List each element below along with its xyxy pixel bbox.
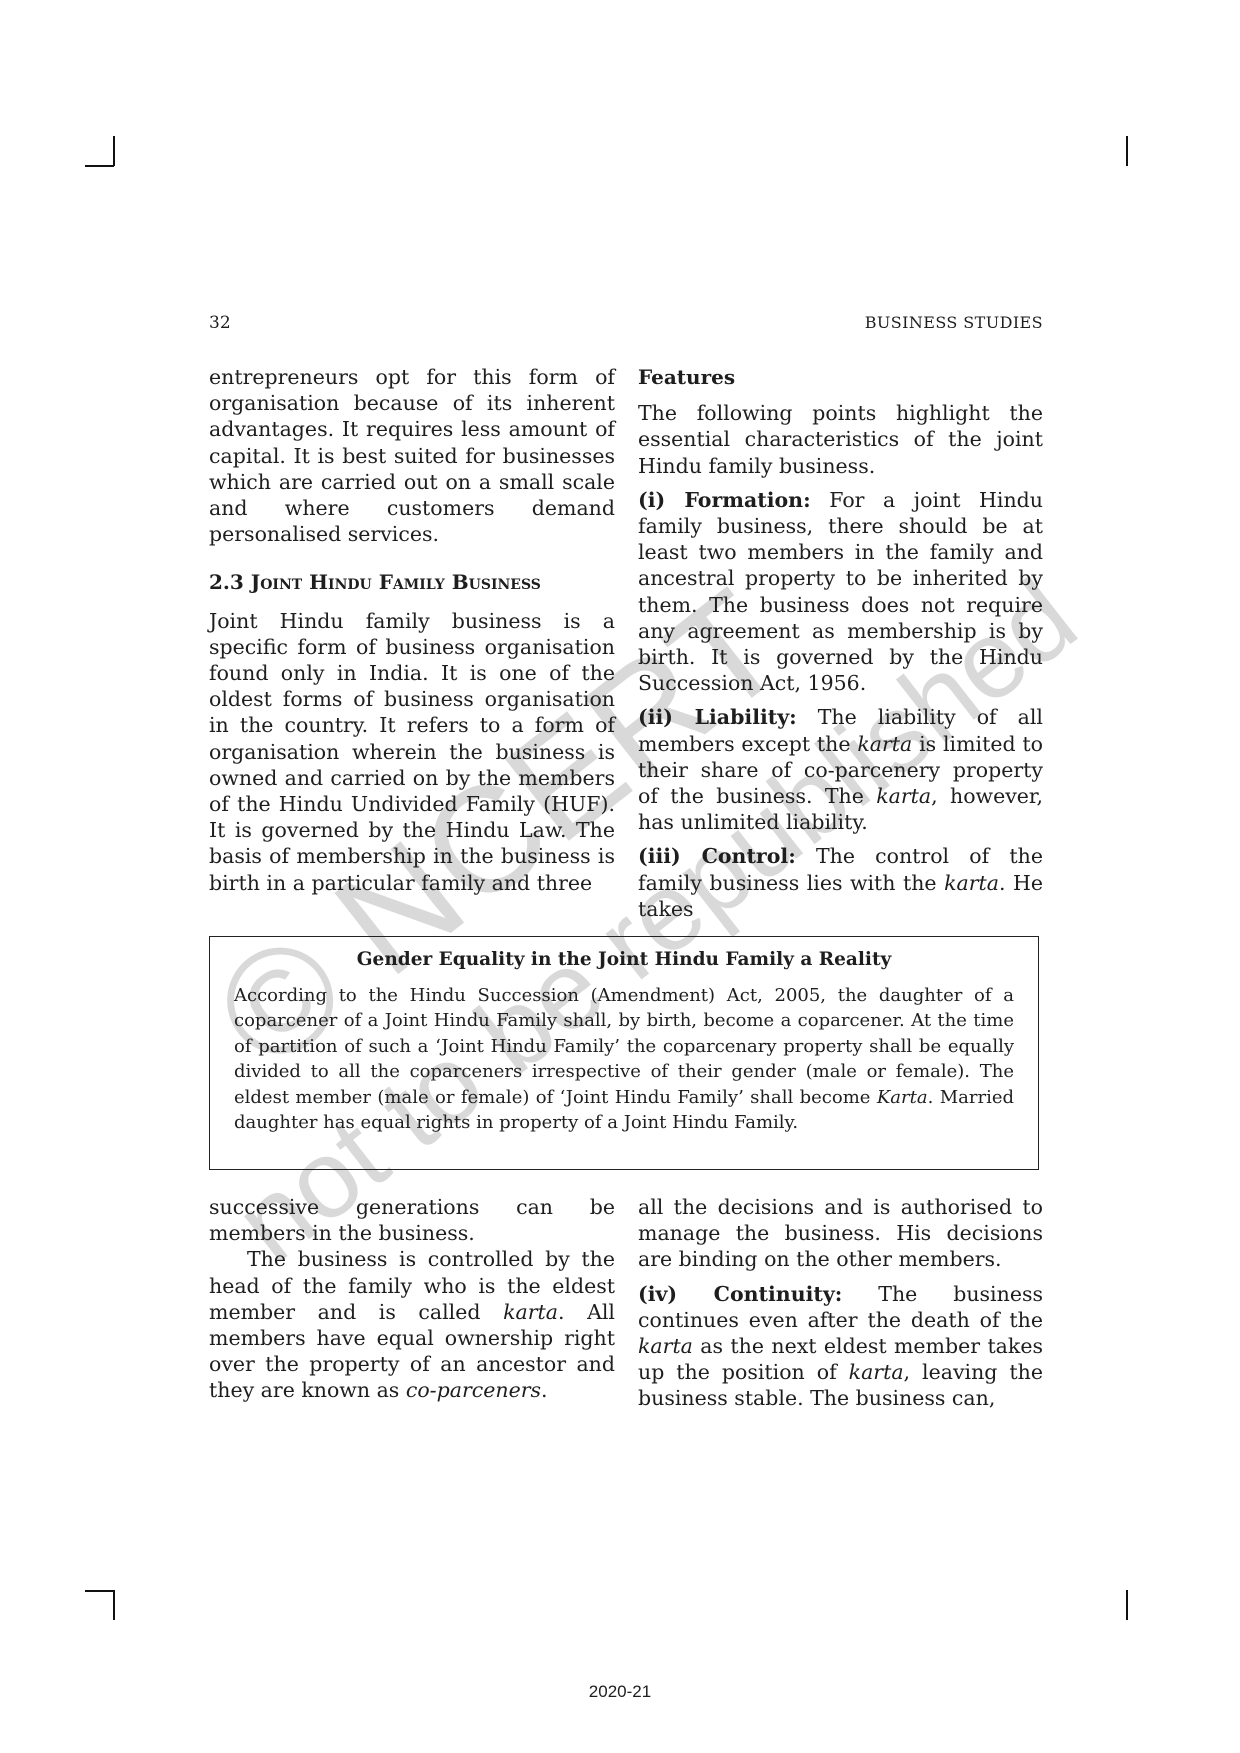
italic-term: karta	[849, 1360, 904, 1384]
point-liability: (ii) Liability: The liability of all mem…	[638, 704, 1043, 835]
crop-mark-top-left-v	[113, 136, 115, 166]
crop-mark-bottom-left-v	[113, 1590, 115, 1620]
italic-term: Karta	[877, 1087, 928, 1108]
info-box-body: According to the Hindu Succession (Amend…	[234, 983, 1014, 1135]
italic-term: karta	[876, 784, 931, 808]
point-formation: (i) Formation: For a joint Hindu family …	[638, 487, 1043, 697]
left-column-bottom: successive generations can be members in…	[209, 1194, 615, 1404]
point-label: (iv) Continuity:	[638, 1282, 842, 1306]
left-column-top: entrepreneurs opt for this form of organ…	[209, 364, 615, 896]
italic-term: co-parceners	[406, 1378, 541, 1402]
info-box: Gender Equality in the Joint Hindu Famil…	[209, 936, 1039, 1170]
italic-term: karta	[857, 732, 912, 756]
point-label: (i) Formation:	[638, 488, 811, 512]
features-intro: The following points highlight the essen…	[638, 400, 1043, 479]
italic-term: karta	[503, 1300, 558, 1324]
continuation-paragraph: all the decisions and is authorised to m…	[638, 1194, 1043, 1273]
section-number: 2.3	[209, 570, 244, 594]
intro-paragraph: entrepreneurs opt for this form of organ…	[209, 364, 615, 547]
section-paragraph: Joint Hindu family business is a specifi…	[209, 608, 615, 896]
crop-mark-bottom-left-h	[85, 1590, 114, 1592]
point-continuity: (iv) Continuity: The business continues …	[638, 1281, 1043, 1412]
point-text: For a joint Hindu family business, there…	[638, 488, 1043, 695]
italic-term: karta	[638, 1334, 693, 1358]
paragraph-text: .	[541, 1378, 548, 1402]
point-control: (iii) Control: The control of the family…	[638, 843, 1043, 922]
info-box-title: Gender Equality in the Joint Hindu Famil…	[210, 949, 1038, 970]
point-label: (ii) Liability:	[638, 705, 797, 729]
footer-year: 2020-21	[0, 1682, 1240, 1702]
running-title: BUSINESS STUDIES	[860, 313, 1043, 332]
karta-paragraph: The business is controlled by the head o…	[209, 1246, 615, 1403]
right-column-bottom: all the decisions and is authorised to m…	[638, 1194, 1043, 1412]
right-column-top: Features The following points highlight …	[638, 364, 1043, 922]
italic-term: karta	[944, 871, 999, 895]
crop-mark-bottom-right-v	[1126, 1590, 1128, 1620]
features-heading: Features	[638, 364, 1043, 390]
page-number: 32	[209, 313, 231, 333]
crop-mark-top-left-h	[85, 165, 114, 167]
section-heading: 2.3 Joint Hindu Family Business	[209, 569, 615, 595]
crop-mark-top-right-v	[1126, 136, 1128, 166]
point-label: (iii) Control:	[638, 844, 796, 868]
section-title: Joint Hindu Family Business	[251, 570, 541, 594]
continuation-paragraph: successive generations can be members in…	[209, 1194, 615, 1246]
